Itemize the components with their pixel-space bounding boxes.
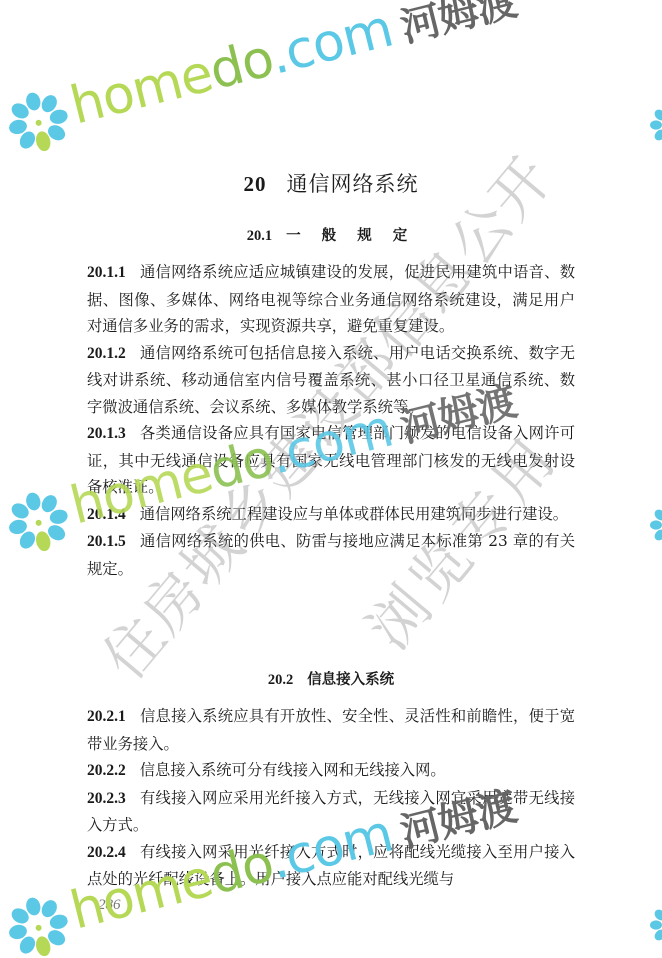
section-20-2-clauses: 20.2.1信息接入系统应具有开放性、安全性、灵活性和前瞻性，便于宽带业务接入。… bbox=[87, 703, 575, 893]
section-heading-20-2: 20.2信息接入系统 bbox=[87, 668, 575, 689]
clause-text: 信息接入系统可分有线接入网和无线接入网。 bbox=[140, 761, 446, 779]
section-title: 信息接入系统 bbox=[307, 671, 394, 688]
clause-number: 20.2.2 bbox=[87, 762, 126, 779]
clause-number: 20.2.1 bbox=[87, 708, 126, 725]
page-number: 286 bbox=[98, 897, 121, 914]
clause-number: 20.1.1 bbox=[87, 264, 126, 281]
clause-number: 20.1.4 bbox=[87, 506, 126, 523]
section-number: 20.1 bbox=[247, 228, 272, 244]
clause: 20.1.4通信网络系统工程建设应与单体或群体民用建筑同步进行建设。 bbox=[87, 501, 575, 529]
flower-logo-icon bbox=[2, 890, 75, 958]
clause-text: 通信网络系统的供电、防雷与接地应满足本标准第 23 章的有关规定。 bbox=[87, 532, 575, 578]
flower-logo-icon bbox=[2, 85, 75, 158]
clause: 20.1.3各类通信设备应具有国家电信管理部门颁发的电信设备入网许可证，其中无线… bbox=[87, 420, 575, 501]
clause-text: 通信网络系统可包括信息接入系统、用户电话交换系统、数字无线对讲系统、移动通信室内… bbox=[87, 344, 575, 416]
clause-number: 20.2.4 bbox=[87, 844, 126, 861]
clause-text: 各类通信设备应具有国家电信管理部门颁发的电信设备入网许可证，其中无线通信设备应具… bbox=[87, 424, 575, 496]
clause-number: 20.1.3 bbox=[87, 425, 126, 442]
section-number: 20.2 bbox=[268, 672, 293, 688]
clause-number: 20.1.2 bbox=[87, 345, 126, 362]
clause-text: 有线接入网应采用光纤接入方式，无线接入网宜采用宽带无线接入方式。 bbox=[87, 789, 575, 835]
clause: 20.2.4有线接入网采用光纤接入方式时，应将配线光缆接入至用户接入点处的光纤配… bbox=[87, 839, 575, 893]
clause: 20.2.3有线接入网应采用光纤接入方式，无线接入网宜采用宽带无线接入方式。 bbox=[87, 785, 575, 839]
document-page: 20通信网络系统 20.1一 般 规 定 20.1.1通信网络系统应适应城镇建设… bbox=[0, 0, 662, 958]
homedo-wordmark: homedo.com河姆渡 bbox=[65, 0, 522, 136]
chapter-title-text: 通信网络系统 bbox=[287, 172, 419, 196]
clause: 20.1.5通信网络系统的供电、防雷与接地应满足本标准第 23 章的有关规定。 bbox=[87, 528, 575, 582]
clause-text: 信息接入系统应具有开放性、安全性、灵活性和前瞻性，便于宽带业务接入。 bbox=[87, 707, 575, 753]
flower-logo-icon-edge bbox=[650, 505, 662, 545]
clause-text: 有线接入网采用光纤接入方式时，应将配线光缆接入至用户接入点处的光纤配线设备上。用… bbox=[87, 843, 575, 889]
flower-logo-icon-edge bbox=[650, 905, 662, 945]
clause: 20.2.2信息接入系统可分有线接入网和无线接入网。 bbox=[87, 757, 575, 785]
clause-number: 20.2.3 bbox=[87, 790, 126, 807]
clause-number: 20.1.5 bbox=[87, 533, 126, 550]
section-heading-20-1: 20.1一 般 规 定 bbox=[87, 224, 575, 245]
clause: 20.1.2通信网络系统可包括信息接入系统、用户电话交换系统、数字无线对讲系统、… bbox=[87, 340, 575, 421]
section-title: 一 般 规 定 bbox=[286, 227, 415, 244]
flower-logo-icon bbox=[2, 485, 75, 558]
chapter-title: 20通信网络系统 bbox=[87, 168, 575, 198]
clause-text: 通信网络系统应适应城镇建设的发展，促进民用建筑中语音、数据、图像、多媒体、网络电… bbox=[87, 263, 575, 335]
clause: 20.2.1信息接入系统应具有开放性、安全性、灵活性和前瞻性，便于宽带业务接入。 bbox=[87, 703, 575, 757]
clause-text: 通信网络系统工程建设应与单体或群体民用建筑同步进行建设。 bbox=[140, 505, 568, 523]
section-20-1-clauses: 20.1.1通信网络系统应适应城镇建设的发展，促进民用建筑中语音、数据、图像、多… bbox=[87, 259, 575, 582]
clause: 20.1.1通信网络系统应适应城镇建设的发展，促进民用建筑中语音、数据、图像、多… bbox=[87, 259, 575, 340]
chapter-number: 20 bbox=[244, 172, 267, 196]
flower-logo-icon-edge bbox=[650, 105, 662, 145]
